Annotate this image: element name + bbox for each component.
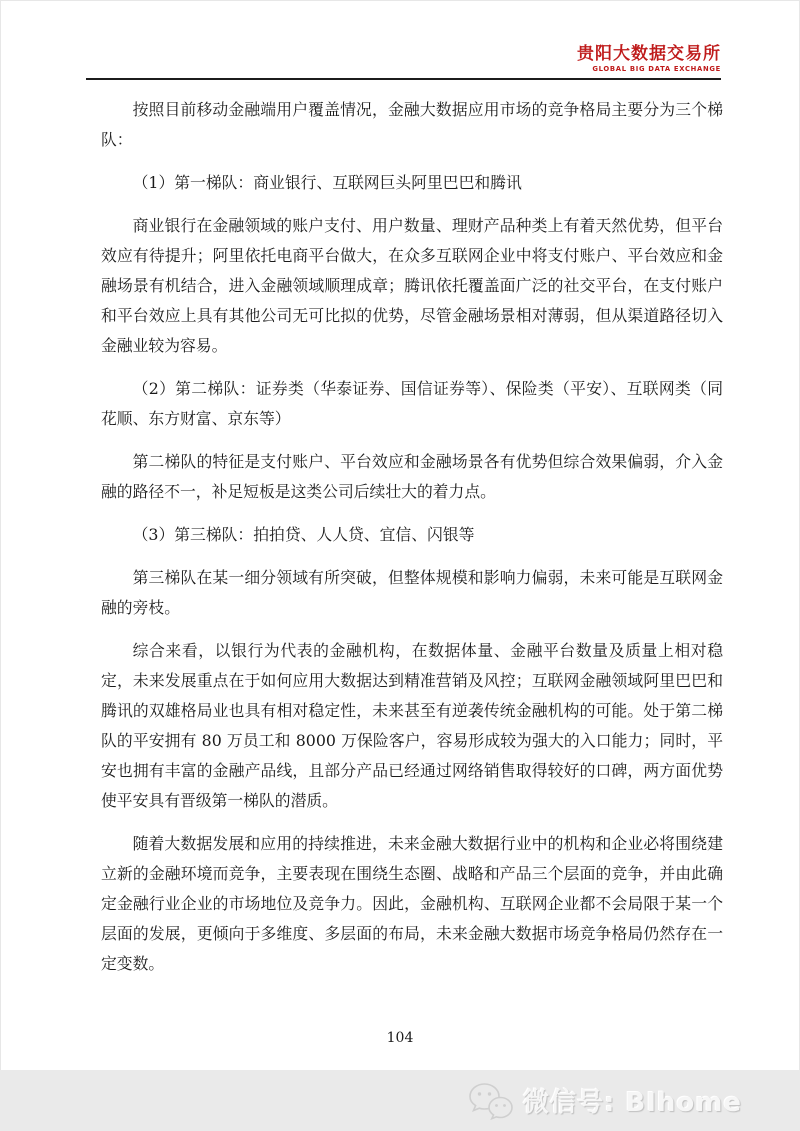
wechat-id-label: 微信号: BIhome bbox=[523, 1082, 742, 1119]
paragraph-tier1-heading: （1）第一梯队：商业银行、互联网巨头阿里巴巴和腾讯 bbox=[101, 168, 723, 198]
page-header: 贵阳大数据交易所 GLOBAL BIG DATA EXCHANGE bbox=[86, 46, 721, 80]
page-number: 104 bbox=[0, 1030, 800, 1046]
document-body: 按照目前移动金融端用户覆盖情况，金融大数据应用市场的竞争格局主要分为三个梯队： … bbox=[101, 95, 723, 992]
header-divider bbox=[86, 78, 721, 80]
watermark-bar: 微信号: BIhome bbox=[0, 1070, 800, 1131]
paragraph-tier1-detail: 商业银行在金融领域的账户支付、用户数量、理财产品种类上有着天然优势，但平台效应有… bbox=[101, 211, 723, 361]
logo-english-subtitle: GLOBAL BIG DATA EXCHANGE bbox=[86, 66, 721, 73]
wechat-watermark: 微信号: BIhome bbox=[468, 1081, 742, 1121]
paragraph-tier2-detail: 第二梯队的特征是支付账户、平台效应和金融场景各有优势但综合效果偏弱，介入金融的路… bbox=[101, 447, 723, 507]
logo-chinese-title: 贵阳大数据交易所 bbox=[86, 46, 721, 63]
paragraph-intro: 按照目前移动金融端用户覆盖情况，金融大数据应用市场的竞争格局主要分为三个梯队： bbox=[101, 95, 723, 155]
paragraph-tier3-detail: 第三梯队在某一细分领域有所突破，但整体规模和影响力偏弱，未来可能是互联网金融的旁… bbox=[101, 563, 723, 623]
document-page: 贵阳大数据交易所 GLOBAL BIG DATA EXCHANGE 按照目前移动… bbox=[0, 0, 800, 1131]
paragraph-tier3-heading: （3）第三梯队：拍拍贷、人人贷、宜信、闪银等 bbox=[101, 520, 723, 550]
paragraph-tier2-heading: （2）第二梯队：证券类（华泰证券、国信证券等）、保险类（平安）、互联网类（同花顺… bbox=[101, 374, 723, 434]
paragraph-outlook: 随着大数据发展和应用的持续推进，未来金融大数据行业中的机构和企业必将围绕建立新的… bbox=[101, 829, 723, 979]
paragraph-summary: 综合来看，以银行为代表的金融机构，在数据体量、金融平台数量及质量上相对稳定，未来… bbox=[101, 636, 723, 816]
wechat-icon bbox=[468, 1081, 514, 1121]
exchange-logo: 贵阳大数据交易所 GLOBAL BIG DATA EXCHANGE bbox=[86, 46, 721, 73]
